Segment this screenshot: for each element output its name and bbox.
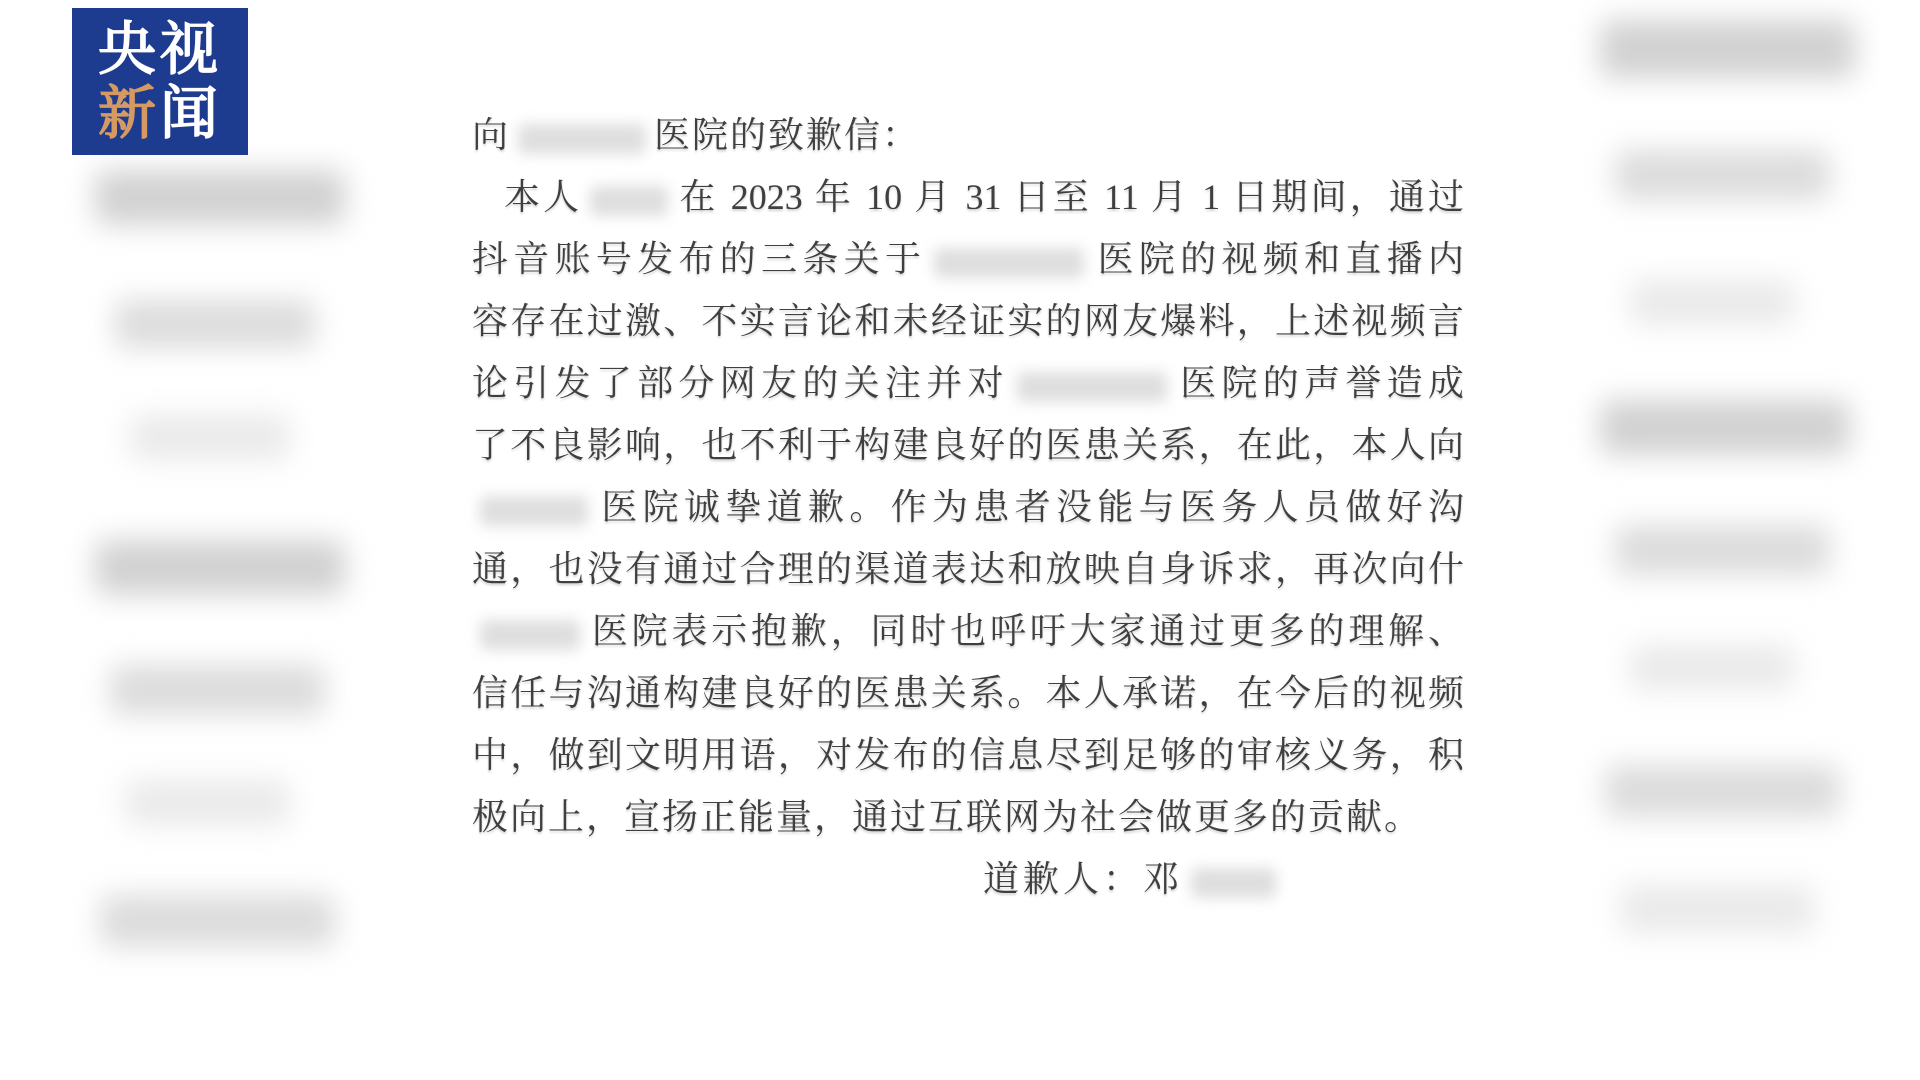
letter-text: 医院的视频和直播内 bbox=[1092, 239, 1464, 279]
logo-accent-char: 新 bbox=[98, 81, 160, 146]
blurred-artifact bbox=[1620, 885, 1815, 933]
blurred-artifact bbox=[95, 170, 345, 225]
letter-text: 了不良影响，也不利于构建良好的医患关系，在此，本人向 bbox=[472, 425, 1464, 465]
redacted-text bbox=[480, 620, 580, 650]
letter-text: 在 2023 年 10 月 31 日至 11 月 1 日期间，通过 bbox=[676, 177, 1464, 217]
letter-text: 医院诚挚道歉。作为患者没能与医务人员做好沟 bbox=[596, 487, 1464, 527]
redacted-text bbox=[1017, 372, 1167, 402]
blurred-artifact bbox=[100, 895, 335, 947]
signature-line: 道歉人：邓 bbox=[472, 848, 1464, 910]
blurred-artifact bbox=[125, 780, 290, 825]
letter-text: 信任与沟通构建良好的医患关系。本人承诺，在今后的视频 bbox=[472, 673, 1464, 713]
blurred-artifact bbox=[1600, 20, 1855, 78]
redacted-text bbox=[480, 496, 588, 526]
letter-text: 医院的致歉信： bbox=[654, 115, 920, 155]
blurred-artifact bbox=[1605, 765, 1840, 817]
letter-text: 医院表示抱歉，同时也呼吁大家通过更多的理解、 bbox=[588, 611, 1464, 651]
letter-text: 容存在过激、不实言论和未经证实的网友爆料，上述视频言 bbox=[472, 301, 1464, 341]
blurred-artifact bbox=[130, 415, 290, 460]
letter-line: 论引发了部分网友的关注并对医院的声誉造成 bbox=[472, 352, 1464, 414]
letter-text: 通，也没有通过合理的渠道表达和放映自身诉求，再次向什 bbox=[472, 549, 1464, 589]
letter-text: 中，做到文明用语，对发布的信息尽到足够的审核义务，积 bbox=[472, 735, 1464, 775]
blurred-artifact bbox=[1615, 150, 1830, 200]
letter-text: 医院的声誉造成 bbox=[1175, 363, 1464, 403]
blurred-artifact bbox=[115, 300, 315, 348]
letter-text: 本人 bbox=[504, 177, 582, 217]
letter-line: 医院诚挚道歉。作为患者没能与医务人员做好沟 bbox=[472, 476, 1464, 538]
logo-text-row2: 新闻 bbox=[98, 82, 222, 146]
letter-line: 极向上，宣扬正能量，通过互联网为社会做更多的贡献。 bbox=[472, 786, 1464, 848]
blurred-artifact bbox=[1615, 525, 1830, 575]
letter-line: 了不良影响，也不利于构建良好的医患关系，在此，本人向 bbox=[472, 414, 1464, 476]
letter-line: 医院表示抱歉，同时也呼吁大家通过更多的理解、 bbox=[472, 600, 1464, 662]
letter-line: 本人在 2023 年 10 月 31 日至 11 月 1 日期间，通过 bbox=[472, 166, 1464, 228]
redacted-text bbox=[590, 186, 668, 216]
letter-text: 极向上，宣扬正能量，通过互联网为社会做更多的贡献。 bbox=[472, 797, 1422, 837]
blurred-artifact bbox=[1630, 645, 1795, 690]
letter-text: 道歉人：邓 bbox=[983, 859, 1183, 899]
letter-line: 容存在过激、不实言论和未经证实的网友爆料，上述视频言 bbox=[472, 290, 1464, 352]
letter-line: 抖音账号发布的三条关于医院的视频和直播内 bbox=[472, 228, 1464, 290]
news-image: 央视 新闻 向医院的致歉信：本人在 2023 年 10 月 31 日至 11 月… bbox=[0, 0, 1920, 1080]
redacted-text bbox=[1191, 868, 1276, 898]
letter-text: 向 bbox=[472, 115, 510, 155]
blurred-artifact bbox=[110, 665, 325, 715]
redacted-text bbox=[934, 248, 1084, 278]
redacted-text bbox=[518, 124, 646, 154]
letter-text: 抖音账号发布的三条关于 bbox=[472, 239, 926, 279]
cctv-news-logo: 央视 新闻 bbox=[72, 8, 248, 155]
blurred-artifact bbox=[1600, 400, 1850, 455]
logo-plain-char: 闻 bbox=[160, 81, 222, 146]
letter-title: 向医院的致歉信： bbox=[472, 104, 1464, 166]
letter-line: 信任与沟通构建良好的医患关系。本人承诺，在今后的视频 bbox=[472, 662, 1464, 724]
blurred-artifact bbox=[1630, 280, 1795, 325]
letter-text: 论引发了部分网友的关注并对 bbox=[472, 363, 1009, 403]
logo-text-row1: 央视 bbox=[98, 18, 222, 82]
apology-letter: 向医院的致歉信：本人在 2023 年 10 月 31 日至 11 月 1 日期间… bbox=[472, 104, 1464, 910]
letter-line: 中，做到文明用语，对发布的信息尽到足够的审核义务，积 bbox=[472, 724, 1464, 786]
blurred-artifact bbox=[95, 540, 345, 595]
letter-line: 通，也没有通过合理的渠道表达和放映自身诉求，再次向什 bbox=[472, 538, 1464, 600]
